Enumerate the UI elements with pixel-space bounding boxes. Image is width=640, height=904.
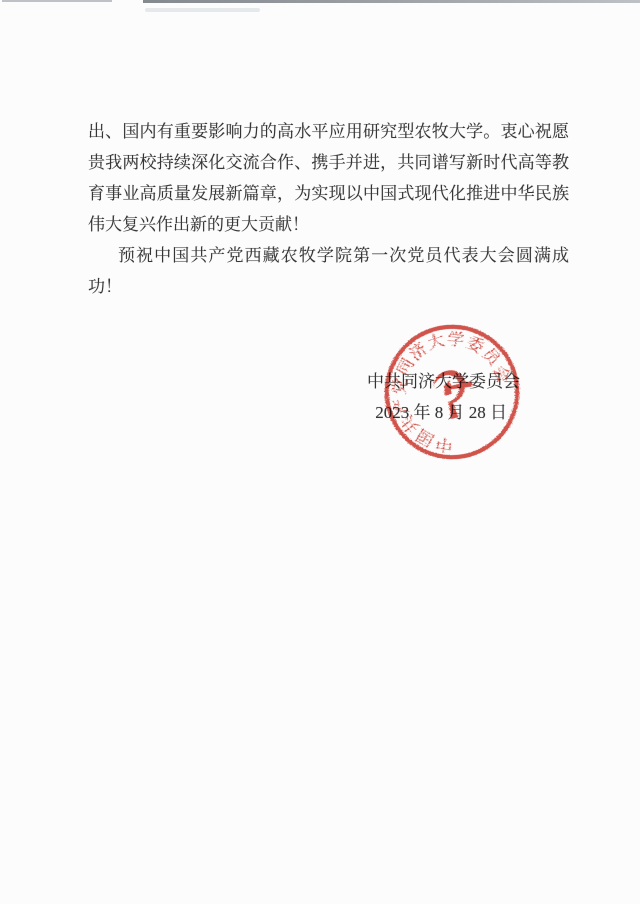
body-line: 预祝中国共产党西藏农牧学院第一次党员代表大会圆满成 xyxy=(88,240,569,271)
letter-body: 出、国内有重要影响力的高水平应用研究型农牧大学。衷心祝愿 贵我两校持续深化交流合… xyxy=(88,116,569,302)
party-seal-stamp: 中国共产党同济大学委员会 ☭ xyxy=(382,322,522,462)
body-line: 出、国内有重要影响力的高水平应用研究型农牧大学。衷心祝愿 xyxy=(88,116,569,147)
letter-page: 出、国内有重要影响力的高水平应用研究型农牧大学。衷心祝愿 贵我两校持续深化交流合… xyxy=(0,0,640,904)
body-line: 贵我两校持续深化交流合作、携手并进，共同谱写新时代高等教 xyxy=(88,147,569,178)
hammer-sickle-icon: ☭ xyxy=(410,351,496,435)
body-line: 伟大复兴作出新的更大贡献！ xyxy=(88,209,569,240)
body-line: 功！ xyxy=(88,271,569,302)
body-line: 育事业高质量发展新篇章，为实现以中国式现代化推进中华民族 xyxy=(88,178,569,209)
scan-artifact-line xyxy=(2,0,112,2)
scan-artifact-smudge xyxy=(145,8,260,12)
scan-artifact-line xyxy=(143,0,640,3)
